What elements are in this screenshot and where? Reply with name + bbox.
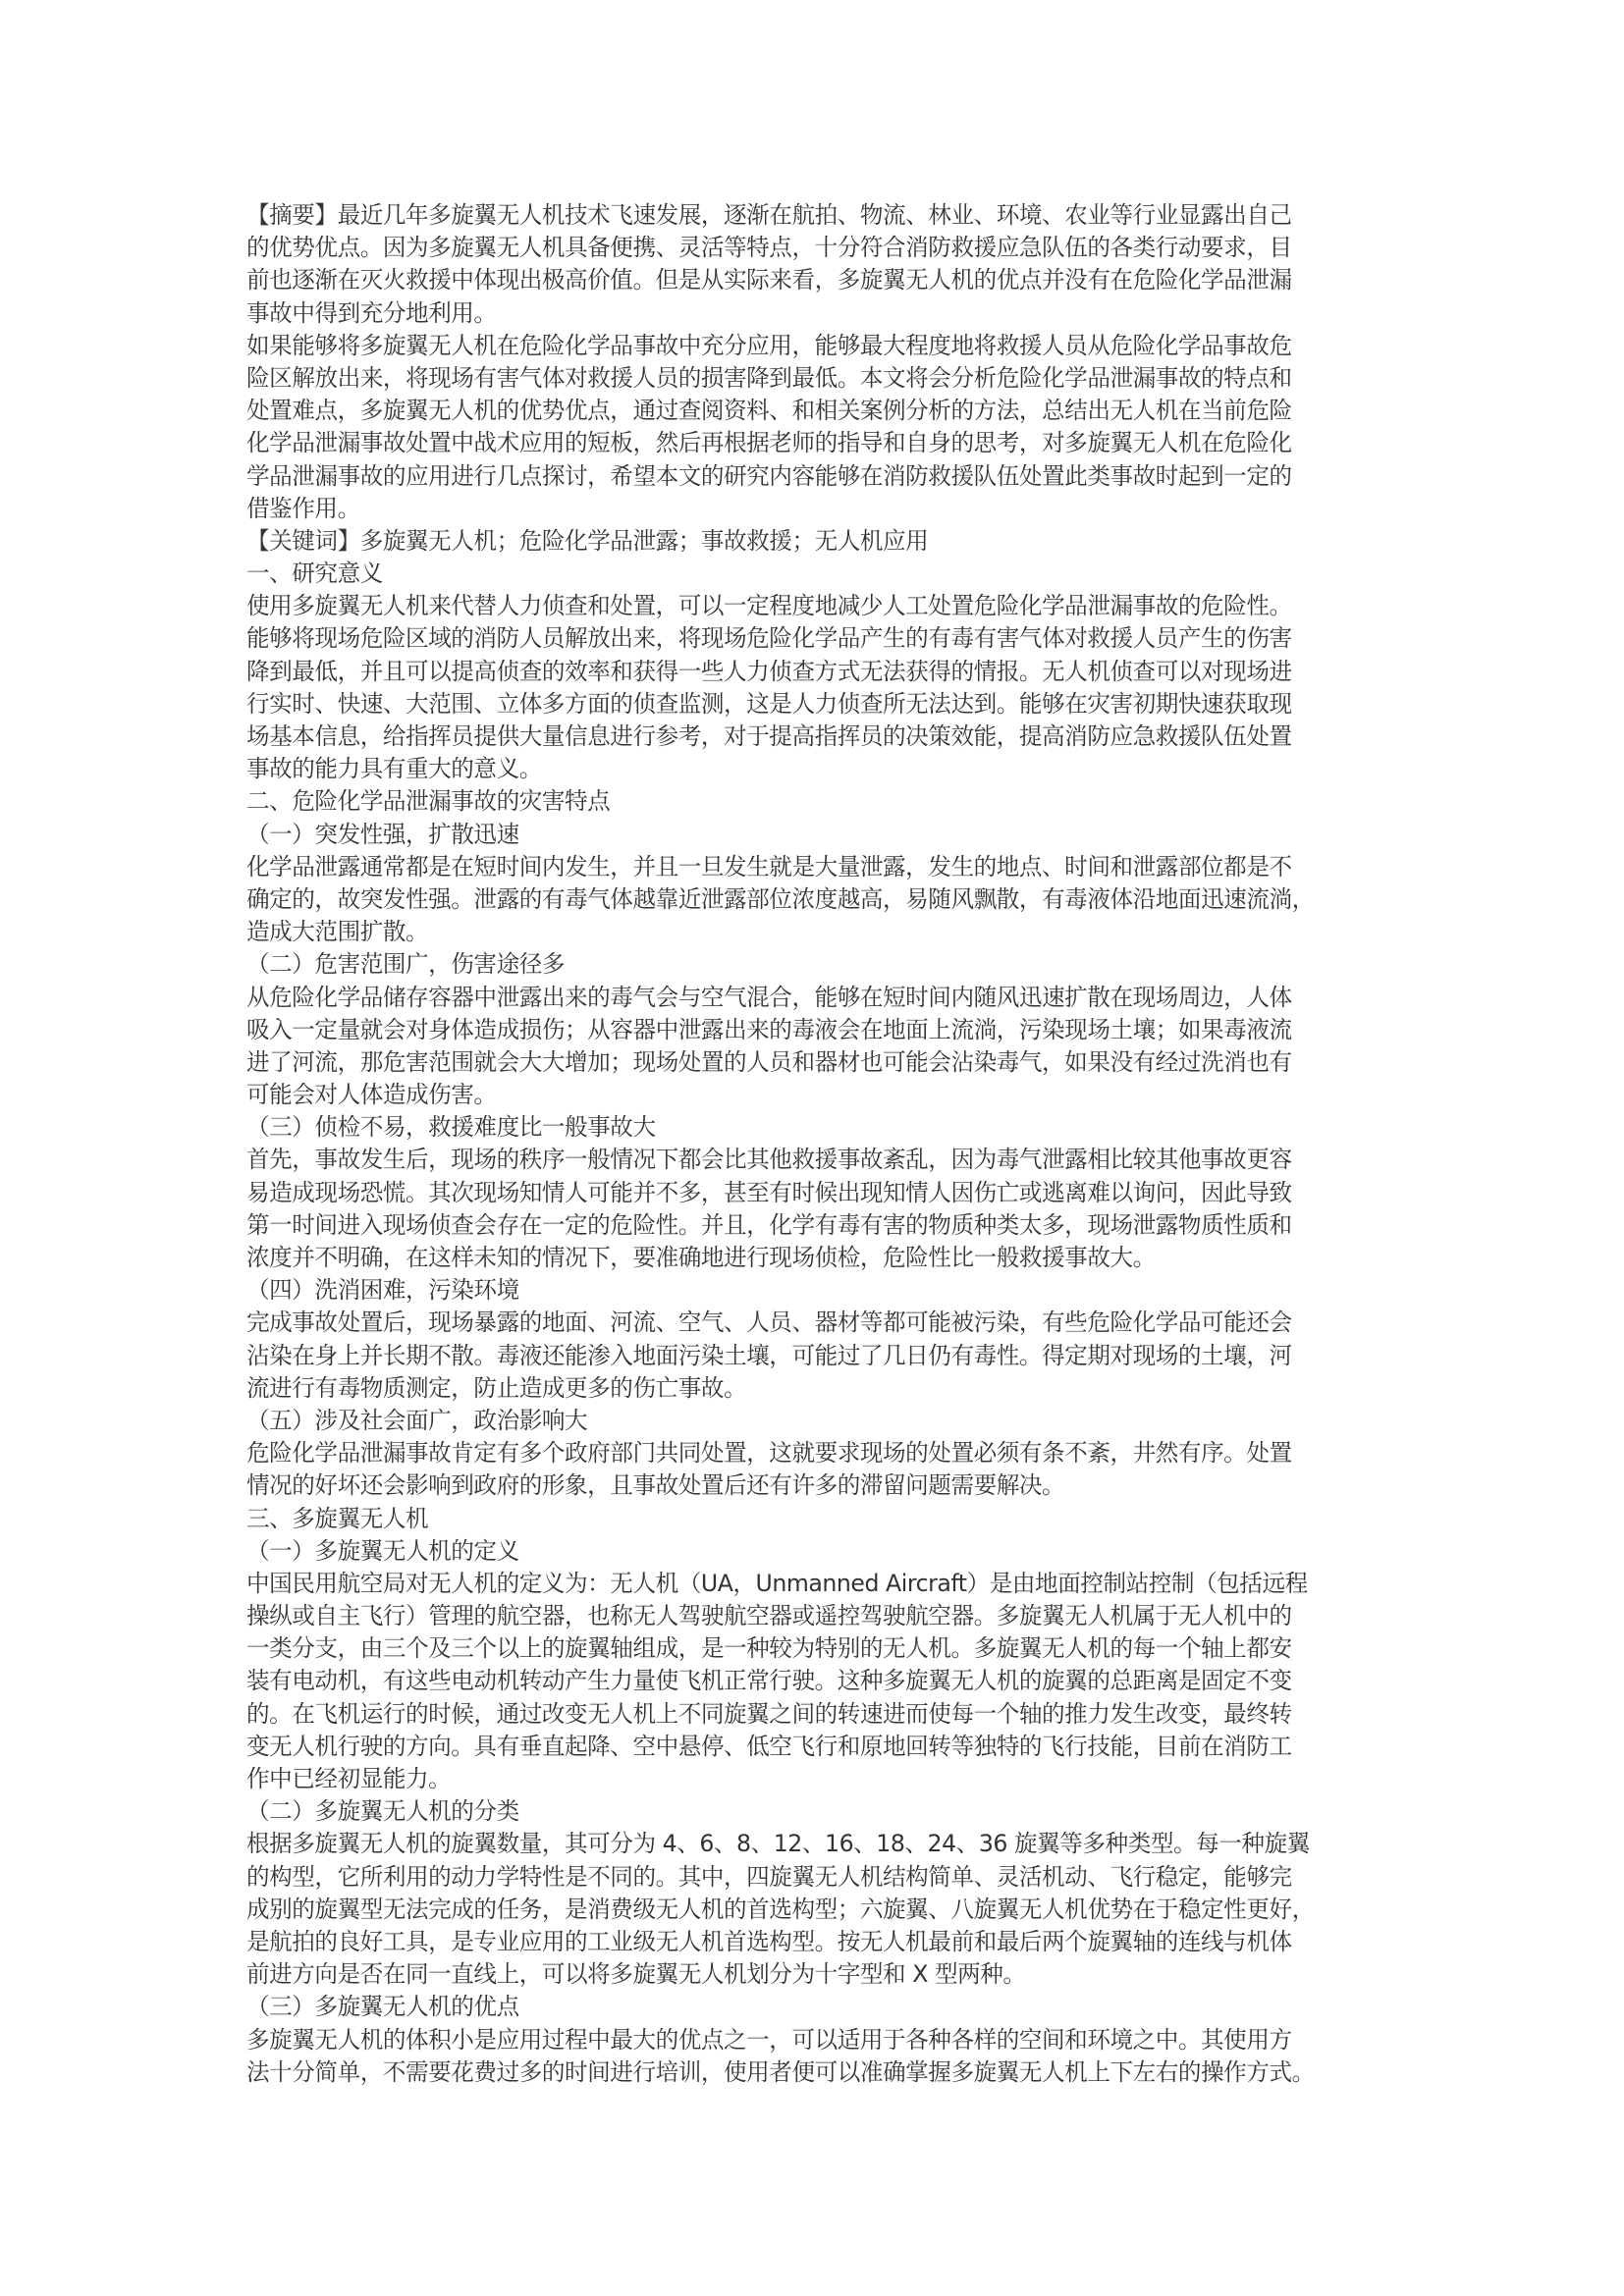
body-line: 多旋翼无人机的体积小是应用过程中最大的优点之一，可以适用于各种各样的空间和环境之… — [246, 2024, 1385, 2056]
body-line: 装有电动机，有这些电动机转动产生力量使飞机正常行驶。这种多旋翼无人机的旋翼的总距… — [246, 1665, 1385, 1697]
body-line: 使用多旋翼无人机来代替人力侦查和处置，可以一定程度地减少人工处置危险化学品泄漏事… — [246, 590, 1385, 622]
body-line: 进了河流，那危害范围就会大大增加；现场处置的人员和器材也可能会沾染毒气，如果没有… — [246, 1046, 1385, 1079]
body-line: 危险化学品泄漏事故肯定有多个政府部门共同处置，这就要求现场的处置必须有条不紊，井… — [246, 1437, 1385, 1469]
body-line: 变无人机行驶的方向。具有垂直起降、空中悬停、低空飞行和原地回转等独特的飞行技能，… — [246, 1731, 1385, 1763]
section-heading: 三、多旋翼无人机 — [246, 1503, 1385, 1535]
body-line: 易造成现场恐慌。其次现场知情人可能并不多，甚至有时候出现知情人因伤亡或逃离难以询… — [246, 1177, 1385, 1209]
body-line: 能够将现场危险区域的消防人员解放出来，将现场危险化学品产生的有毒有害气体对救援人… — [246, 622, 1385, 655]
body-line: 造成大范围扩散。 — [246, 916, 1385, 948]
body-line: 可能会对人体造成伤害。 — [246, 1079, 1385, 1111]
body-line: 从危险化学品储存容器中泄露出来的毒气会与空气混合，能够在短时间内随风迅速扩散在现… — [246, 982, 1385, 1014]
body-line: 第一时间进入现场侦查会存在一定的危险性。并且，化学有毒有害的物质种类太多，现场泄… — [246, 1209, 1385, 1242]
body-line: 场基本信息，给指挥员提供大量信息进行参考，对于提高指挥员的决策效能，提高消防应急… — [246, 721, 1385, 753]
body-line: 是航拍的良好工具，是专业应用的工业级无人机首选构型。按无人机最前和最后两个旋翼轴… — [246, 1926, 1385, 1958]
document-page: 【摘要】最近几年多旋翼无人机技术飞速发展，逐渐在航拍、物流、林业、环境、农业等行… — [246, 199, 1385, 2089]
body-line: 成别的旋翼型无法完成的任务，是消费级无人机的首选构型；六旋翼、八旋翼无人机优势在… — [246, 1894, 1385, 1926]
subsection-heading: （一）突发性强，扩散迅速 — [246, 819, 1385, 851]
subsection-heading: （一）多旋翼无人机的定义 — [246, 1535, 1385, 1568]
abstract-line: 险区解放出来，将现场有害气体对救援人员的损害降到最低。本文将会分析危险化学品泄漏… — [246, 362, 1385, 395]
abstract-line: 【摘要】最近几年多旋翼无人机技术飞速发展，逐渐在航拍、物流、林业、环境、农业等行… — [246, 199, 1385, 232]
subsection-heading: （三）侦检不易，救援难度比一般事故大 — [246, 1111, 1385, 1144]
keywords-line: 【关键词】多旋翼无人机；危险化学品泄露；事故救援；无人机应用 — [246, 525, 1385, 558]
abstract-line: 前也逐渐在灭火救援中体现出极高价值。但是从实际来看，多旋翼无人机的优点并没有在危… — [246, 264, 1385, 296]
body-line: 事故的能力具有重大的意义。 — [246, 753, 1385, 785]
body-line: 浓度并不明确，在这样未知的情况下，要准确地进行现场侦检，危险性比一般救援事故大。 — [246, 1242, 1385, 1274]
body-line: 操纵或自主飞行）管理的航空器，也称无人驾驶航空器或遥控驾驶航空器。多旋翼无人机属… — [246, 1600, 1385, 1632]
abstract-line: 处置难点，多旋翼无人机的优势优点，通过查阅资料、和相关案例分析的方法，总结出无人… — [246, 395, 1385, 427]
subsection-heading: （二）多旋翼无人机的分类 — [246, 1795, 1385, 1828]
body-line: 的。在飞机运行的时候，通过改变无人机上不同旋翼之间的转速进而使每一个轴的推力发生… — [246, 1698, 1385, 1731]
abstract-line: 化学品泄漏事故处置中战术应用的短板，然后再根据老师的指导和自身的思考，对多旋翼无… — [246, 427, 1385, 459]
subsection-heading: （三）多旋翼无人机的优点 — [246, 1991, 1385, 2023]
body-line: 沾染在身上并长期不散。毒液还能渗入地面污染土壤，可能过了几日仍有毒性。得定期对现… — [246, 1340, 1385, 1372]
body-line: 确定的，故突发性强。泄露的有毒气体越靠近泄露部位浓度越高，易随风飘散，有毒液体沿… — [246, 883, 1385, 916]
body-line: 情况的好坏还会影响到政府的形象，且事故处置后还有许多的滞留问题需要解决。 — [246, 1469, 1385, 1502]
body-line: 吸入一定量就会对身体造成损伤；从容器中泄露出来的毒液会在地面上流淌，污染现场土壤… — [246, 1014, 1385, 1046]
abstract-line: 如果能够将多旋翼无人机在危险化学品事故中充分应用，能够最大程度地将救援人员从危险… — [246, 330, 1385, 362]
body-line: 降到最低，并且可以提高侦查的效率和获得一些人力侦查方式无法获得的情报。无人机侦查… — [246, 656, 1385, 688]
subsection-heading: （四）洗消困难，污染环境 — [246, 1274, 1385, 1307]
subsection-heading: （二）危害范围广，伤害途径多 — [246, 948, 1385, 981]
section-heading: 二、危险化学品泄漏事故的灾害特点 — [246, 785, 1385, 818]
body-line: 根据多旋翼无人机的旋翼数量，其可分为 4、6、8、12、16、18、24、36 … — [246, 1828, 1385, 1860]
subsection-heading: （五）涉及社会面广，政治影响大 — [246, 1405, 1385, 1437]
section-heading: 一、研究意义 — [246, 558, 1385, 590]
body-line: 首先，事故发生后，现场的秩序一般情况下都会比其他救援事故紊乱，因为毒气泄露相比较… — [246, 1144, 1385, 1176]
body-line: 的构型，它所利用的动力学特性是不同的。其中，四旋翼无人机结构简单、灵活机动、飞行… — [246, 1861, 1385, 1894]
body-line: 一类分支，由三个及三个以上的旋翼轴组成，是一种较为特别的无人机。多旋翼无人机的每… — [246, 1632, 1385, 1665]
abstract-line: 借鉴作用。 — [246, 493, 1385, 525]
abstract-line: 的优势优点。因为多旋翼无人机具备便携、灵活等特点，十分符合消防救援应急队伍的各类… — [246, 232, 1385, 264]
body-line: 流进行有毒物质测定，防止造成更多的伤亡事故。 — [246, 1372, 1385, 1405]
body-line: 完成事故处置后，现场暴露的地面、河流、空气、人员、器材等都可能被污染，有些危险化… — [246, 1307, 1385, 1339]
body-line: 中国民用航空局对无人机的定义为：无人机（UA，Unmanned Aircraft… — [246, 1568, 1385, 1600]
abstract-line: 事故中得到充分地利用。 — [246, 297, 1385, 330]
body-line: 化学品泄露通常都是在短时间内发生，并且一旦发生就是大量泄露，发生的地点、时间和泄… — [246, 851, 1385, 883]
body-line: 行实时、快速、大范围、立体多方面的侦查监测，这是人力侦查所无法达到。能够在灾害初… — [246, 688, 1385, 721]
body-line: 法十分简单，不需要花费过多的时间进行培训，使用者便可以准确掌握多旋翼无人机上下左… — [246, 2056, 1385, 2089]
body-line: 前进方向是否在同一直线上，可以将多旋翼无人机划分为十字型和 X 型两种。 — [246, 1958, 1385, 1991]
abstract-line: 学品泄漏事故的应用进行几点探讨，希望本文的研究内容能够在消防救援队伍处置此类事故… — [246, 460, 1385, 493]
body-line: 作中已经初显能力。 — [246, 1763, 1385, 1795]
